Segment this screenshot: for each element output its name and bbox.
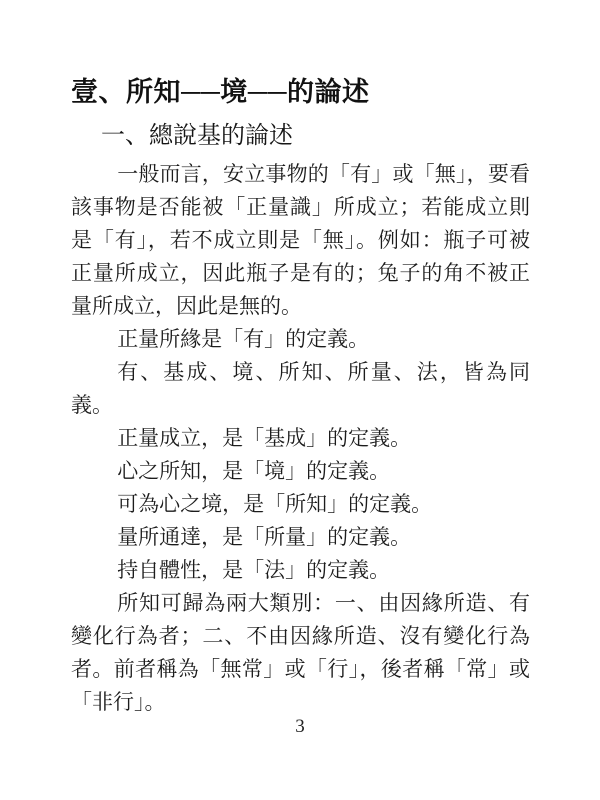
body-paragraph: 正量所緣是「有」的定義。	[71, 323, 530, 356]
body-paragraph: 一般而言，安立事物的「有」或「無」，要看該事物是否能被「正量識」所成立；若能成立…	[71, 158, 530, 323]
section-heading: 一、總說基的論述	[101, 121, 530, 151]
body-paragraph: 可為心之境，是「所知」的定義。	[71, 488, 530, 521]
chapter-title: 壹、所知──境──的論述	[71, 76, 530, 109]
body-paragraph: 心之所知，是「境」的定義。	[71, 455, 530, 488]
body-paragraph: 正量成立，是「基成」的定義。	[71, 422, 530, 455]
body-paragraph: 所知可歸為兩大類別：一、由因緣所造、有變化行為者；二、不由因緣所造、沒有變化行為…	[71, 587, 530, 719]
document-page: 壹、所知──境──的論述 一、總說基的論述 一般而言，安立事物的「有」或「無」，…	[0, 0, 600, 800]
body-paragraph: 持自體性，是「法」的定義。	[71, 554, 530, 587]
page-number: 3	[0, 716, 600, 738]
body-paragraph: 有、基成、境、所知、所量、法，皆為同義。	[71, 356, 530, 422]
body-paragraph: 量所通達，是「所量」的定義。	[71, 521, 530, 554]
body-text: 一般而言，安立事物的「有」或「無」，要看該事物是否能被「正量識」所成立；若能成立…	[71, 158, 530, 719]
